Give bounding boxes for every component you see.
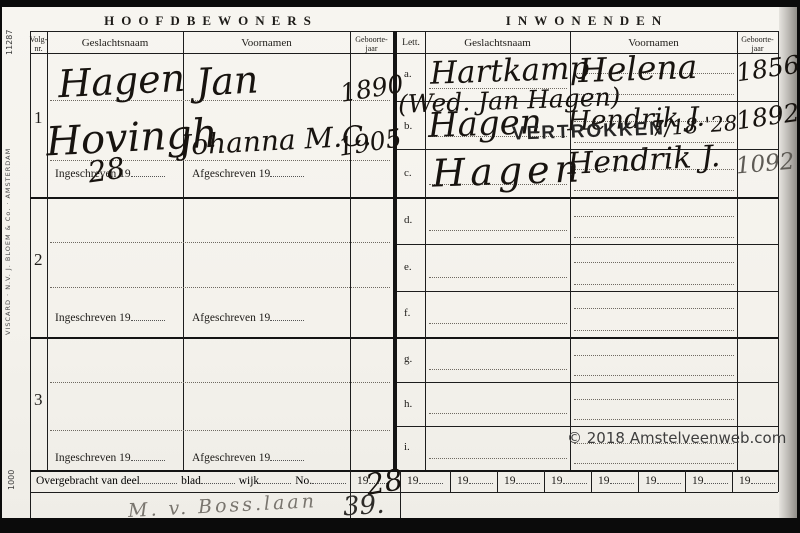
footer-year-cell: 19 — [457, 475, 493, 487]
lett-g: g. — [404, 353, 412, 365]
guide-line — [574, 190, 734, 191]
copyright-watermark: © 2018 Amstelveenweb.com — [567, 429, 786, 447]
dotted-leader — [469, 475, 493, 484]
guide-line — [429, 230, 567, 231]
wijk-label: wijk — [239, 475, 259, 487]
entry-line — [50, 430, 390, 431]
ingeschreven-text: Ingeschreven 19 — [55, 312, 131, 324]
dotted-leader — [140, 475, 177, 484]
guide-line — [429, 277, 567, 278]
year-prefix: 19 — [645, 475, 657, 487]
table-top-border — [30, 31, 778, 32]
right-year-column-line — [737, 31, 738, 470]
section-divider-1 — [30, 197, 778, 199]
dotted-leader — [657, 475, 681, 484]
no-label: No. — [295, 475, 312, 487]
col-header-geboortejaar-left: Geboorte- jaar — [350, 35, 393, 53]
footer-year-cell: 19 — [739, 475, 775, 487]
footer-year-cell: 19 — [598, 475, 634, 487]
year-prefix: 19 — [692, 475, 704, 487]
row-line — [397, 426, 778, 427]
col-header-voornamen-right: Voornamen — [570, 37, 737, 49]
guide-line — [574, 375, 734, 376]
footer-cell-line — [685, 470, 686, 492]
footer-year-cell: 19 — [692, 475, 728, 487]
lett-h: h. — [404, 398, 412, 410]
serial-number-bottom: 1000 — [7, 455, 16, 490]
section-divider-2 — [30, 337, 778, 339]
guide-line — [574, 308, 734, 309]
footer-transfer-labels: Overgebracht van deel blad wijk No. — [36, 475, 346, 487]
col-header-geboortejaar-right: Geboorte- jaar — [737, 35, 778, 53]
guide-line — [574, 237, 734, 238]
volgnr-1: 1 — [34, 108, 43, 128]
footer-year-cell: 19 — [551, 475, 587, 487]
dotted-leader — [704, 475, 728, 484]
footer-cell-line — [638, 470, 639, 492]
lett-c: c. — [404, 167, 412, 179]
afgeschreven-label-1: Afgeschreven 19 — [192, 168, 304, 180]
hw-naam-hagen-c: Hagen — [431, 149, 584, 192]
dotted-leader — [516, 475, 540, 484]
guide-line — [574, 216, 734, 217]
guide-line — [429, 323, 567, 324]
hw-voornaam-helena: Helena — [577, 50, 697, 87]
footer-cell-line — [732, 470, 733, 492]
footer-cell-line — [450, 470, 451, 492]
entry-line — [50, 382, 390, 383]
entry-line — [50, 287, 390, 288]
guide-line — [429, 369, 567, 370]
year-prefix: 19 — [504, 475, 516, 487]
serial-number-top: 11287 — [5, 10, 14, 55]
footer-year-cell: 19 — [645, 475, 681, 487]
afgeschreven-text: Afgeschreven 19 — [192, 452, 270, 464]
guide-line — [574, 399, 734, 400]
volgnr-3: 3 — [34, 390, 43, 410]
row-line — [397, 291, 778, 292]
volgnr-2: 2 — [34, 250, 43, 270]
dotted-leader — [312, 475, 346, 484]
row-line — [397, 382, 778, 383]
col-header-geslachtsnaam-left: Geslachtsnaam — [47, 37, 183, 49]
blad-label: blad — [181, 475, 201, 487]
volgnr-column-line — [47, 31, 48, 470]
inwonenden-title: INWONENDEN — [437, 13, 737, 29]
table-left-border — [30, 31, 31, 518]
hw-ingeschreven-jaar: 28 — [86, 154, 127, 188]
ingeschreven-text: Ingeschreven 19 — [55, 452, 131, 464]
afgeschreven-label-3: Afgeschreven 19 — [192, 452, 304, 464]
guide-line — [574, 262, 734, 263]
year-prefix: 19 — [551, 475, 563, 487]
col-header-volgnr: Volg- nr. — [29, 35, 48, 53]
guide-line — [574, 419, 734, 420]
row-line — [397, 244, 778, 245]
lett-f: f. — [404, 307, 410, 319]
afgeschreven-text: Afgeschreven 19 — [192, 168, 270, 180]
guide-line — [429, 413, 567, 414]
guide-line — [574, 463, 734, 464]
dotted-leader — [131, 452, 165, 461]
col-header-geslachtsnaam-right: Geslachtsnaam — [425, 37, 570, 49]
year-prefix: 19 — [739, 475, 751, 487]
ingeschreven-label-3: Ingeschreven 19 — [55, 452, 165, 464]
afgeschreven-label-2: Afgeschreven 19 — [192, 312, 304, 324]
dotted-leader — [563, 475, 587, 484]
hw-jaar-1092: 1092 — [735, 150, 795, 178]
dotted-leader — [270, 312, 304, 321]
year-prefix: 19 — [457, 475, 469, 487]
dotted-leader — [751, 475, 775, 484]
guide-line — [574, 330, 734, 331]
lett-a: a. — [404, 68, 412, 80]
lett-d: d. — [404, 214, 412, 226]
hw-naam-hagen: Hagen — [57, 59, 186, 104]
guide-line — [574, 355, 734, 356]
footer-year-cell: 19 — [407, 475, 443, 487]
guide-line — [574, 284, 734, 285]
dotted-leader — [419, 475, 443, 484]
dotted-leader — [270, 452, 304, 461]
entry-line — [50, 242, 390, 243]
dotted-leader — [201, 475, 235, 484]
col-header-voornamen-left: Voornamen — [183, 37, 350, 49]
lett-i: i. — [404, 441, 410, 453]
lett-e: e. — [404, 261, 412, 273]
footer-cell-line — [591, 470, 592, 492]
footer-cell-line — [544, 470, 545, 492]
guide-line — [429, 458, 567, 459]
hoofdbewoners-title: HOOFDBEWONERS — [61, 13, 361, 29]
dotted-leader — [259, 475, 291, 484]
hw-voornaam-jan: Jan — [195, 60, 259, 101]
population-register-card-scan: 11287 VISCARD · N.V. J. BLOEM & Co. · AM… — [0, 0, 800, 533]
hw-voornaam-hendrik-c: Hendrik J. — [566, 142, 721, 180]
afgeschreven-text: Afgeschreven 19 — [192, 312, 270, 324]
dotted-leader — [131, 168, 165, 177]
body-bottom-border — [30, 470, 778, 472]
year-prefix: 19 — [598, 475, 610, 487]
printer-imprint: VISCARD · N.V. J. BLOEM & Co. · AMSTERDA… — [4, 195, 12, 335]
hw-house-number: 39. — [342, 492, 385, 521]
footer-cell-line — [497, 470, 498, 492]
lett-b: b. — [404, 120, 412, 132]
overgebracht-label: Overgebracht van deel — [36, 475, 140, 487]
col-header-lett: Lett. — [397, 38, 425, 48]
ingeschreven-label-2: Ingeschreven 19 — [55, 312, 165, 324]
footer-year-cell: 19 — [504, 475, 540, 487]
dotted-leader — [270, 168, 304, 177]
year-prefix: 19 — [407, 475, 419, 487]
dotted-leader — [610, 475, 634, 484]
dotted-leader — [131, 312, 165, 321]
